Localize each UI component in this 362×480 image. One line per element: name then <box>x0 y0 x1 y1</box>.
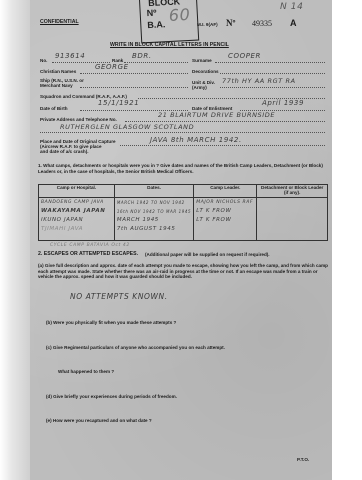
stamp-line2: Nº <box>146 8 156 18</box>
camp-entry: TJIMAHI JAVA <box>41 225 112 234</box>
dates-entry: 7th AUGUST 1945 <box>117 225 191 234</box>
ship-label: Ship (R.N., U.S.N. or Merchant Navy <box>40 78 85 88</box>
surname-value: COOPER <box>228 52 261 60</box>
form-suffix: A <box>290 18 297 28</box>
christian-names-value: GEORGE <box>95 63 129 71</box>
christian-names-label: Christian Names <box>40 69 76 74</box>
handwritten-annotation: N 14 <box>280 2 303 12</box>
detachment-leader-cell <box>257 198 328 241</box>
address-label: Private Address and Telephone No. <box>40 117 117 122</box>
overflow-note: CYCLE CAMP BATAVIA Oct 42 <box>50 243 130 248</box>
number-label: Nº <box>226 18 235 28</box>
block-stamp: BLOCK Nº B.A. 60 <box>139 0 199 43</box>
question-2-heading: 2. ESCAPES OR ATTEMPTED ESCAPES. <box>38 251 138 257</box>
camp-entry: IKUNO JAPAN <box>41 216 112 225</box>
no-value: 913614 <box>55 52 85 60</box>
address-line1: 21 BLAIRTUM DRIVE BURNSIDE <box>158 111 275 119</box>
leader-entry: LT K FROW <box>196 207 254 216</box>
col-detachment-leader: Detachment or Block Leader (if any). <box>257 185 328 198</box>
question-2a-text: (a) Give full description and approx. da… <box>38 263 328 280</box>
unit-label: Unit & Div. (Army) <box>192 80 222 90</box>
col-camp-leader: Camp Leader. <box>194 185 257 198</box>
question-2c-followup: What happened to them ? <box>58 369 114 374</box>
no-label: No. <box>40 58 47 63</box>
leader-entry: LT K FROW <box>196 216 254 225</box>
dob-label: Date of Birth <box>40 106 68 111</box>
question-2-note: (Additional paper will be supplied on re… <box>145 252 270 257</box>
camp-table: Camp or Hospital. Dates. Camp Leader. De… <box>38 184 328 241</box>
form-number: 49335 <box>252 19 272 28</box>
camp-table-header: Camp or Hospital. Dates. Camp Leader. De… <box>39 185 328 198</box>
dob-value: 15/1/1921 <box>98 99 139 107</box>
question-2c-text: (c) Give Regimental particulars of anyon… <box>46 345 225 350</box>
question-1-text: 1. What camps, detachments or hospitals … <box>38 163 328 174</box>
question-2b-text: (b) Were you physically fit when you mad… <box>46 320 176 325</box>
col-dates: Dates. <box>114 185 193 198</box>
confidential-label: CONFIDENTIAL <box>40 19 79 25</box>
question-2d-text: (d) Give briefly your experiences during… <box>46 394 177 399</box>
stamp-line3: B.A. <box>147 19 165 30</box>
table-row: BANDOENG CAMP JAVA WAKAYAMA JAPAN IKUNO … <box>39 198 328 241</box>
dates-entry: MARCH 1945 <box>117 216 191 225</box>
instruction-heading: WRITE IN BLOCK CAPITAL LETTERS IN PENCIL <box>110 42 229 48</box>
col-camp: Camp or Hospital. <box>39 185 115 198</box>
address-line2: RUTHERGLEN GLASGOW SCOTLAND <box>60 123 194 131</box>
camp-entry: BANDOENG CAMP JAVA <box>41 198 112 207</box>
surname-label: Surname <box>192 58 212 63</box>
leader-entry: MAJOR NICHOLS RAF <box>196 198 254 207</box>
unit-value: 77th HY AA RGT RA <box>222 77 296 85</box>
question-2a-answer: NO ATTEMPTS KNOWN. <box>70 292 168 301</box>
capture-value: JAVA 8th MARCH 1942. <box>150 136 242 144</box>
rank-value: BDR. <box>132 52 152 60</box>
paper-edge <box>0 0 30 480</box>
question-2e-text: (e) How were you recaptured and on what … <box>46 418 152 423</box>
form-code: M.I. 9(AF) <box>197 22 218 27</box>
stamp-number: 60 <box>169 10 191 21</box>
dates-entry: MARCH 1942 TO NOV 1942 <box>117 198 191 207</box>
pto-label: P.T.O. <box>297 457 309 462</box>
decorations-label: Decorations <box>192 69 219 74</box>
capture-note2: and date of a/c crash). <box>40 149 89 154</box>
enlistment-value: April 1939 <box>262 99 304 107</box>
dates-entry: 16th NOV 1942 TO MAR 1945 <box>117 207 191 216</box>
camp-entry: WAKAYAMA JAPAN <box>41 207 112 216</box>
